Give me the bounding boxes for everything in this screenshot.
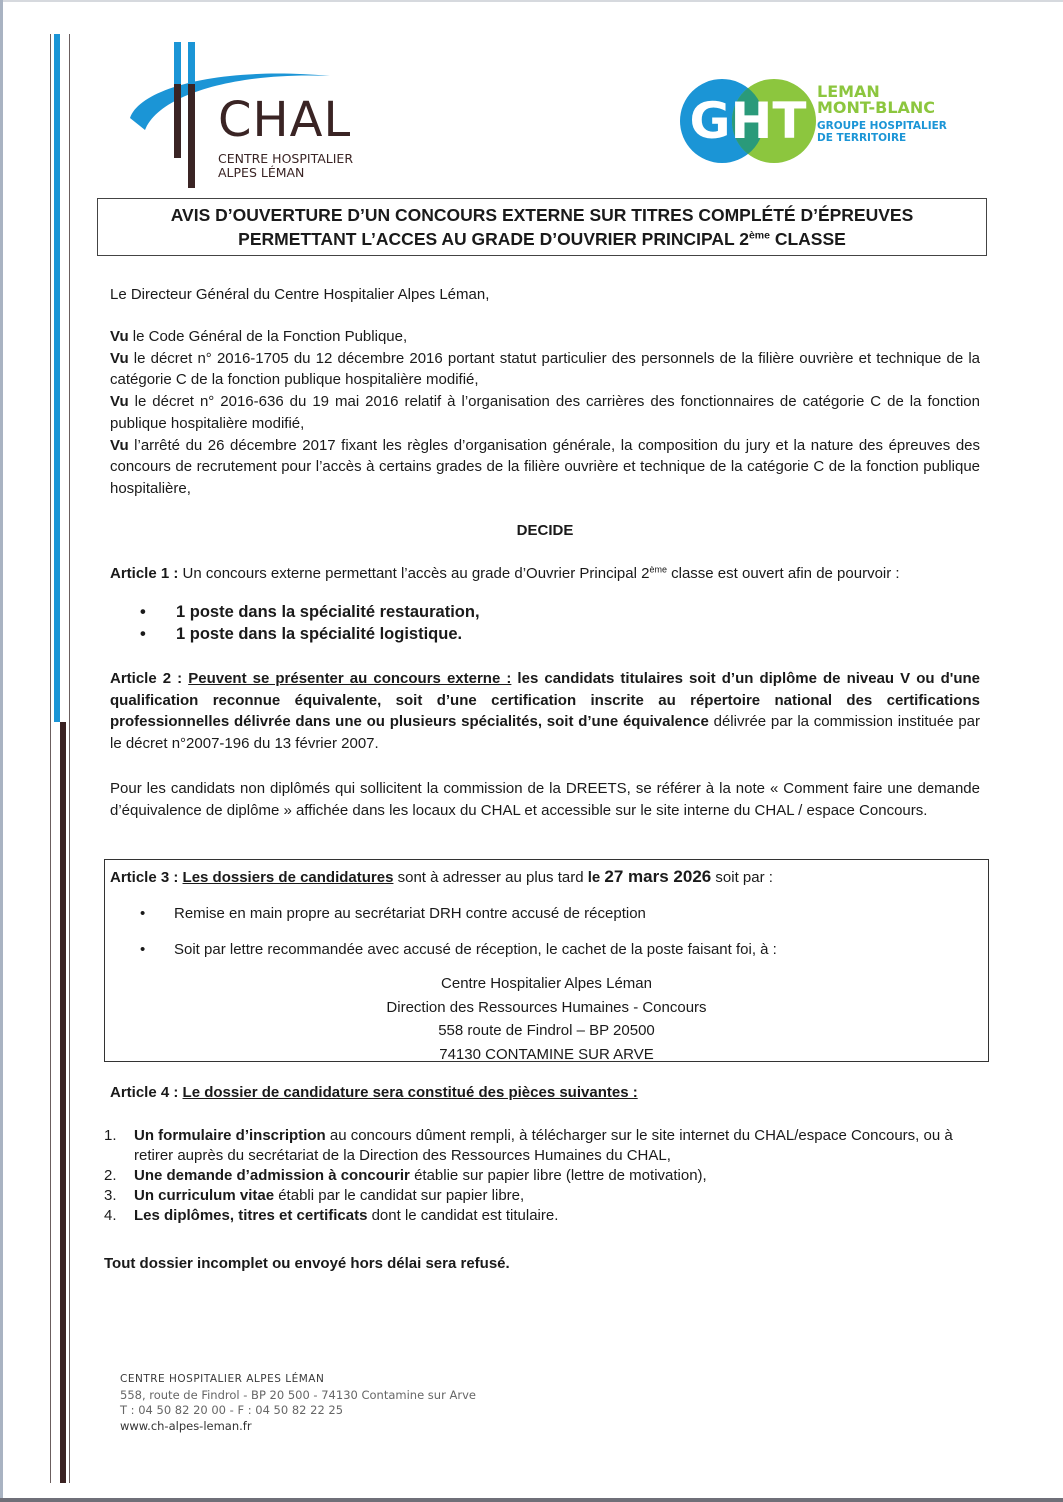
article-4-list: 1.Un formulaire d’inscription au concour… xyxy=(104,1126,994,1226)
list-item: 1.Un formulaire d’inscription au concour… xyxy=(104,1126,994,1166)
vu-item: Vu l’arrêté du 26 décembre 2017 fixant l… xyxy=(110,435,980,500)
document-title-box: AVIS D’OUVERTURE D’UN CONCOURS EXTERNE S… xyxy=(97,198,987,256)
vu-block: Vu le Code Général de la Fonction Publiq… xyxy=(110,326,980,500)
article-2-note: Pour les candidats non diplômés qui soll… xyxy=(110,778,980,821)
article-3: Article 3 : Les dossiers de candidatures… xyxy=(110,866,980,889)
list-item: 3.Un curriculum vitae établi par le cand… xyxy=(104,1186,994,1206)
decide-heading: DECIDE xyxy=(110,520,980,542)
article-1-bullets: •1 poste dans la spécialité restauration… xyxy=(140,601,480,645)
intro-paragraph: Le Directeur Général du Centre Hospitali… xyxy=(110,284,980,306)
article-1: Article 1 : Un concours externe permetta… xyxy=(110,563,980,585)
vu-item: Vu le décret n° 2016-636 du 19 mai 2016 … xyxy=(110,391,980,434)
footer-address: 558, route de Findrol - BP 20 500 - 7413… xyxy=(120,1388,476,1403)
margin-stripe-blue xyxy=(54,34,60,722)
ght-logo-name: LEMAN MONT-BLANC xyxy=(817,84,935,116)
scan-edge-bottom xyxy=(0,1498,1063,1502)
svg-text:GHT: GHT xyxy=(690,92,807,150)
chal-logo-name: CHAL xyxy=(218,92,351,148)
list-item: 4.Les diplômes, titres et certificats do… xyxy=(104,1206,994,1226)
footer-phone: T : 04 50 82 20 00 - F : 04 50 82 22 25 xyxy=(120,1403,476,1418)
vu-item: Vu le décret n° 2016-1705 du 12 décembre… xyxy=(110,348,980,391)
vu-item: Vu le Code Général de la Fonction Publiq… xyxy=(110,326,980,348)
margin-line-right xyxy=(69,34,70,1483)
ght-logo-mark-icon: GHT xyxy=(678,78,818,164)
article-4: Article 4 : Le dossier de candidature se… xyxy=(110,1082,980,1104)
list-item: •Soit par lettre recommandée avec accusé… xyxy=(140,940,777,960)
chal-logo-subtitle: CENTRE HOSPITALIER ALPES LÉMAN xyxy=(218,152,353,180)
margin-stripe-brown xyxy=(60,722,66,1483)
list-item: 2.Une demande d’admission à concourir ét… xyxy=(104,1166,994,1186)
list-item: •1 poste dans la spécialité logistique. xyxy=(140,623,480,645)
footer: CENTRE HOSPITALIER ALPES LÉMAN 558, rout… xyxy=(120,1371,476,1434)
margin-line-left xyxy=(50,34,51,1483)
closing-statement: Tout dossier incomplet ou envoyé hors dé… xyxy=(104,1253,974,1275)
list-item: •Remise en main propre au secrétariat DR… xyxy=(140,904,646,924)
footer-website-link[interactable]: www.ch-alpes-leman.fr xyxy=(120,1418,476,1434)
footer-org: CENTRE HOSPITALIER ALPES LÉMAN xyxy=(120,1371,476,1388)
scan-edge-top xyxy=(0,0,1063,2)
document-title-line-1: AVIS D’OUVERTURE D’UN CONCOURS EXTERNE S… xyxy=(98,203,986,227)
ght-logo-subtitle: GROUPE HOSPITALIER DE TERRITOIRE xyxy=(817,120,947,144)
document-title-line-2: PERMETTANT L’ACCES AU GRADE D’OUVRIER PR… xyxy=(98,227,986,251)
mailing-address: Centre Hospitalier Alpes Léman Direction… xyxy=(104,972,989,1066)
list-item: •1 poste dans la spécialité restauration… xyxy=(140,601,480,623)
scan-edge-left xyxy=(0,0,3,1502)
article-2: Article 2 : Peuvent se présenter au conc… xyxy=(110,668,980,755)
